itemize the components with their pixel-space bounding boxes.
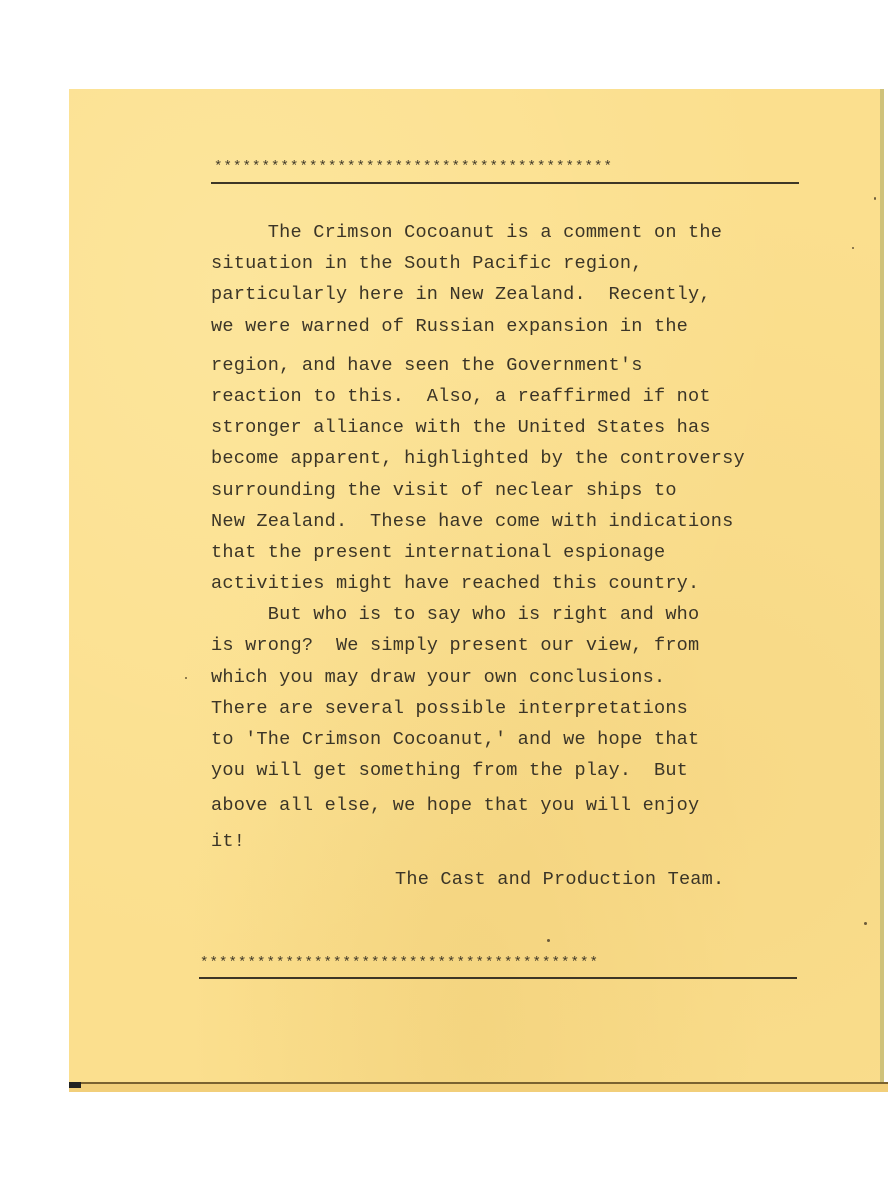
text-line: become apparent, highlighted by the cont…	[211, 443, 831, 474]
text-line: which you may draw your own conclusions.	[211, 662, 831, 693]
text-line: that the present international espionage	[211, 537, 831, 568]
divider-rule-top	[211, 182, 799, 184]
paper-speck	[547, 939, 550, 942]
paper-speck	[864, 922, 867, 925]
body-text: The Crimson Cocoanut is a comment on the…	[211, 217, 831, 857]
signature: The Cast and Production Team.	[395, 869, 724, 890]
text-line: stronger alliance with the United States…	[211, 412, 831, 443]
text-line: But who is to say who is right and who	[211, 599, 831, 630]
text-line: it!	[211, 826, 831, 857]
paper-speck	[874, 197, 876, 200]
text-line: situation in the South Pacific region,	[211, 248, 831, 279]
star-border-bottom: ****************************************…	[200, 955, 599, 971]
text-line: region, and have seen the Government's	[211, 350, 831, 381]
star-border-top: ****************************************…	[214, 159, 613, 175]
paper-speck	[852, 247, 854, 249]
paper-speck	[185, 677, 187, 679]
typed-page: ****************************************…	[69, 89, 884, 1082]
text-line: surrounding the visit of neclear ships t…	[211, 475, 831, 506]
text-line: New Zealand. These have come with indica…	[211, 506, 831, 537]
divider-rule-bottom	[199, 977, 797, 979]
text-line: The Crimson Cocoanut is a comment on the	[211, 217, 831, 248]
text-line: reaction to this. Also, a reaffirmed if …	[211, 381, 831, 412]
text-line: There are several possible interpretatio…	[211, 693, 831, 724]
text-line: we were warned of Russian expansion in t…	[211, 311, 831, 342]
text-line: above all else, we hope that you will en…	[211, 790, 831, 821]
text-line: to 'The Crimson Cocoanut,' and we hope t…	[211, 724, 831, 755]
text-line: you will get something from the play. Bu…	[211, 755, 831, 786]
underlying-sheet-edge	[69, 1082, 888, 1092]
text-line: is wrong? We simply present our view, fr…	[211, 630, 831, 661]
text-line: particularly here in New Zealand. Recent…	[211, 279, 831, 310]
text-line: activities might have reached this count…	[211, 568, 831, 599]
